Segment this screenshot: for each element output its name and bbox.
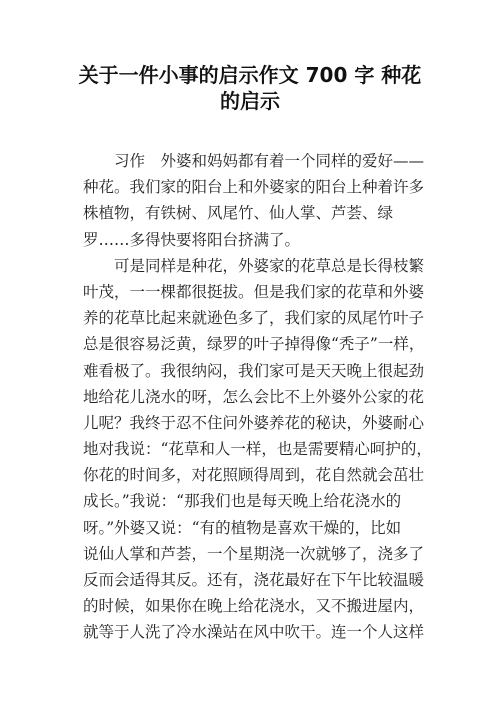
text-line: 儿呢？我终于忍不住问外婆养花的秘诀，外婆耐心 (83, 410, 419, 436)
title-line: 关于一件小事的启示作文 700 字 种花 (40, 62, 460, 88)
text-line: 就等于人洗了冷水澡站在风中吹干。连一个人这样 (83, 619, 419, 645)
text-line: 成长。”我说：“那我们也是每天晚上给花浇水的 (83, 488, 419, 514)
text-line: 地对我说：“花草和人一样，也是需要精心呵护的， (83, 436, 419, 462)
document-page: 关于一件小事的启示作文 700 字 种花 的启示 习作 外婆和妈妈都有着一个同样… (0, 0, 500, 708)
text-line: 说仙人掌和芦荟，一个星期浇一次就够了，浇多了 (83, 541, 419, 567)
essay-body: 习作 外婆和妈妈都有着一个同样的爱好—— 种花。我们家的阳台上和外婆家的阳台上种… (83, 148, 419, 646)
text-line: 地给花儿浇水的呀，怎么会比不上外婆外公家的花 (83, 384, 419, 410)
document-title: 关于一件小事的启示作文 700 字 种花 的启示 (40, 62, 460, 114)
text-line: 总是很容易泛黄，绿罗的叶子掉得像“秃子”一样， (83, 331, 419, 357)
text-line: 株植物，有铁树、风尾竹、仙人掌、芦荟、绿 (83, 200, 419, 226)
text-line: 难看极了。我很纳闷，我们家可是天天晚上很起劲 (83, 358, 419, 384)
text-line: 种花。我们家的阳台上和外婆家的阳台上种着许多 (83, 174, 419, 200)
title-line: 的启示 (40, 88, 460, 114)
text-line: 叶茂，一一棵都很挺拔。但是我们家的花草和外婆 (83, 279, 419, 305)
text-line: 反而会适得其反。还有，浇花最好在下午比较温暖 (83, 567, 419, 593)
text-line: 罗……多得快要将阳台挤满了。 (83, 227, 419, 253)
text-line: 你花的时间多，对花照顾得周到，花自然就会茁壮 (83, 462, 419, 488)
text-line: 的时候，如果你在晚上给花浇水，又不搬进屋内， (83, 593, 419, 619)
text-line: 呀。”外婆又说：“有的植物是喜欢干燥的，比如 (83, 515, 419, 541)
text-line: 可是同样是种花，外婆家的花草总是长得枝繁 (83, 253, 419, 279)
text-line: 养的花草比起来就逊色多了，我们家的凤尾竹叶子 (83, 305, 419, 331)
text-line: 习作 外婆和妈妈都有着一个同样的爱好—— (83, 148, 419, 174)
